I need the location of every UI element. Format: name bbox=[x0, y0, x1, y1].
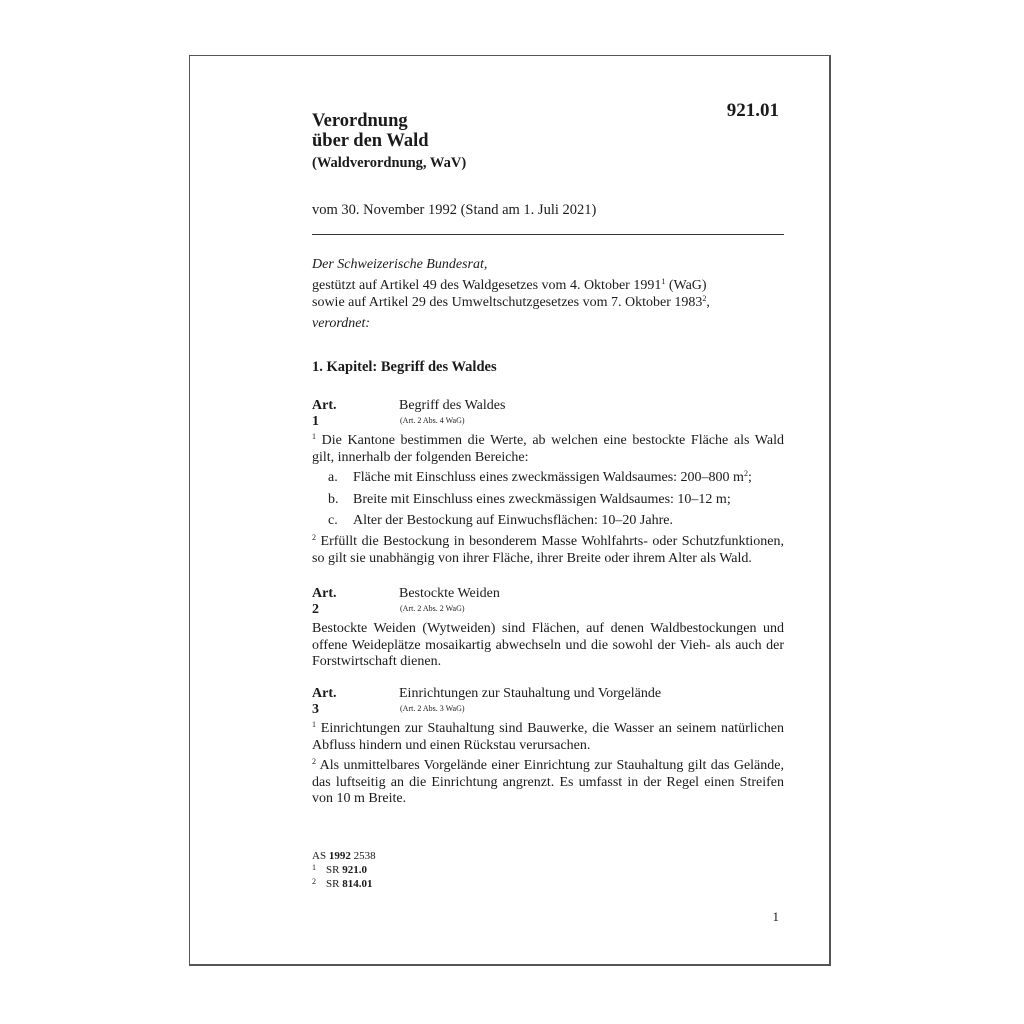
footnotes: AS 1992 2538 1SR 921.0 2SR 814.01 bbox=[312, 851, 376, 890]
title-line-1: Verordnung bbox=[312, 111, 429, 131]
preamble-enactment: verordnet: bbox=[312, 315, 710, 332]
preamble-issuer: Der Schweizerische Bundesrat, bbox=[312, 256, 710, 273]
article-title: Bestockte Weiden bbox=[399, 586, 500, 602]
article-number: Art. 2 bbox=[312, 586, 337, 618]
chapter-heading: 1. Kapitel: Begriff des Waldes bbox=[312, 359, 497, 376]
article-reference: (Art. 2 Abs. 4 WaG) bbox=[400, 416, 465, 425]
preamble-basis-1: gestützt auf Artikel 49 des Waldgesetzes… bbox=[312, 277, 710, 294]
list-item-a: a.Fläche mit Einschluss eines zweckmässi… bbox=[328, 470, 752, 486]
article-2-paragraph: Bestockte Weiden (Wytweiden) sind Fläche… bbox=[312, 621, 784, 671]
page-number: 1 bbox=[773, 909, 780, 925]
article-3-paragraph-2: 2 Als unmittelbares Vorgelände einer Ein… bbox=[312, 758, 784, 808]
document-subtitle: (Waldverordnung, WaV) bbox=[312, 155, 466, 172]
preamble-basis-2: sowie auf Artikel 29 des Umweltschutzges… bbox=[312, 294, 710, 311]
date-line: vom 30. November 1992 (Stand am 1. Juli … bbox=[312, 202, 596, 219]
article-title: Einrichtungen zur Stauhaltung und Vorgel… bbox=[399, 686, 661, 702]
list-item-c: c.Alter der Bestockung auf Einwuchsfläch… bbox=[328, 513, 673, 529]
preamble: Der Schweizerische Bundesrat, gestützt a… bbox=[312, 256, 710, 332]
article-title: Begriff des Waldes bbox=[399, 398, 505, 414]
article-1-paragraph-2: 2 Erfüllt die Bestockung in besonderem M… bbox=[312, 534, 784, 567]
article-1-paragraph-1: 1 Die Kantone bestimmen die Werte, ab we… bbox=[312, 433, 784, 466]
document-title: Verordnung über den Wald bbox=[312, 111, 429, 151]
article-number: Art. 1 bbox=[312, 398, 337, 430]
list-item-b: b.Breite mit Einschluss eines zweckmässi… bbox=[328, 492, 731, 508]
article-reference: (Art. 2 Abs. 2 WaG) bbox=[400, 604, 465, 613]
document-page: 921.01 Verordnung über den Wald (Waldver… bbox=[189, 55, 831, 966]
article-reference: (Art. 2 Abs. 3 WaG) bbox=[400, 704, 465, 713]
article-number: Art. 3 bbox=[312, 686, 337, 718]
footnote-2: 2SR 814.01 bbox=[312, 876, 376, 890]
article-3-paragraph-1: 1 Einrichtungen zur Stauhaltung sind Bau… bbox=[312, 721, 784, 754]
title-line-2: über den Wald bbox=[312, 131, 429, 151]
footnote-1: 1SR 921.0 bbox=[312, 862, 376, 876]
official-compilation-ref: AS 1992 2538 bbox=[312, 851, 376, 862]
sr-number: 921.01 bbox=[727, 100, 779, 122]
title-divider bbox=[312, 234, 784, 235]
